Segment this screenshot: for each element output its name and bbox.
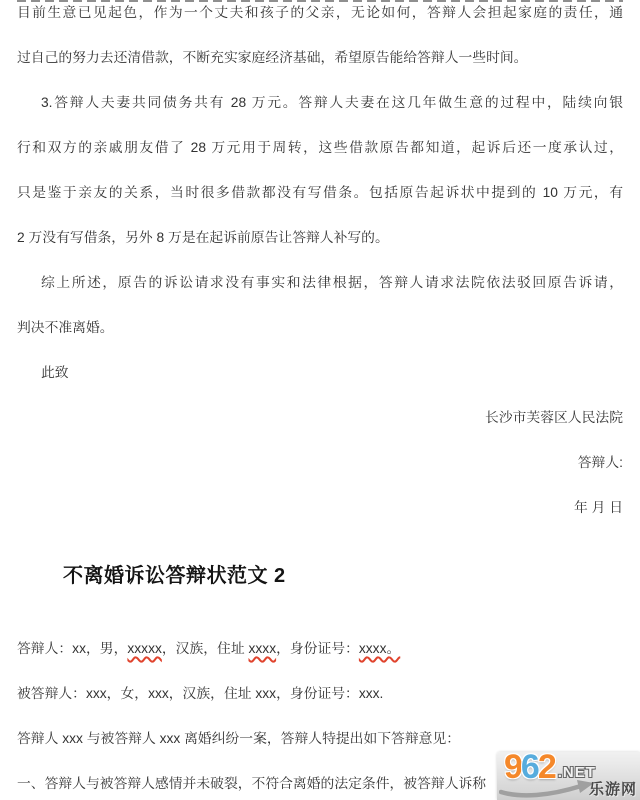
text-segment: 被答辩人：xxx，女，xxx，汉族，住址 xxx，身份证号：xxx. <box>17 686 383 701</box>
962net-watermark: 962 .NET 乐游网 <box>497 752 640 800</box>
respondent-info-line: 答辩人：xx，男，xxxxx，汉族，住址 xxxx，身份证号：xxxx。 <box>17 626 623 671</box>
text-segment: 不离婚诉讼答辩状范文 2 <box>63 565 286 587</box>
text-segment: ，汉族，住址 <box>162 641 249 656</box>
document-line: 2 万没有写借条，另外 8 万是在起诉前原告让答辩人补写的。 <box>17 215 623 260</box>
text-segment: 行和双方的亲戚朋友借了 28 万元用于周转，这些借款原告都知道，起诉后还一度承认… <box>17 140 623 155</box>
text-segment: 2 万没有写借条，另外 8 万是在起诉前原告让答辩人补写的。 <box>17 230 389 245</box>
site-name-text: 乐游网 <box>589 778 637 799</box>
spellcheck-flagged-text: xxxx <box>249 641 277 656</box>
text-segment: 年 月 日 <box>574 500 623 515</box>
document-body: 目前生意已见起色，作为一个丈夫和孩子的父亲，无论如何，答辩人会担起家庭的责任，通… <box>17 0 623 800</box>
text-segment: 答辩人: <box>578 455 623 470</box>
text-segment: 答辩人：xx，男， <box>17 641 127 656</box>
document-heading: 不离婚诉讼答辩状范文 2 <box>17 554 623 599</box>
text-segment: 答辩人 xxx 与被答辩人 xxx 离婚纠纷一案，答辩人特提出如下答辩意见： <box>17 731 460 746</box>
document-line: 判决不准离婚。 <box>17 305 623 350</box>
text-segment: 判决不准离婚。 <box>17 320 114 335</box>
document-page: 目前生意已见起色，作为一个丈夫和孩子的父亲，无论如何，答辩人会担起家庭的责任，通… <box>0 0 640 800</box>
document-line: 只是鉴于亲友的关系，当时很多借款都没有写借条。包括原告起诉状中提到的 10 万元… <box>17 170 623 215</box>
text-segment: ，身份证号： <box>276 641 359 656</box>
text-segment: 3.答辩人夫妻共同债务共有 28 万元。答辩人夫妻在这几年做生意的过程中，陆续向… <box>41 95 623 110</box>
text-segment: 只是鉴于亲友的关系，当时很多借款都没有写借条。包括原告起诉状中提到的 10 万元… <box>17 185 623 200</box>
court-name-line: 长沙市芙蓉区人民法院 <box>17 395 623 440</box>
spellcheck-flagged-text: xxxxx <box>127 641 162 656</box>
text-segment: 目前生意已见起色，作为一个丈夫和孩子的父亲，无论如何，答辩人会担起家庭的责任，通 <box>17 5 623 20</box>
counter-respondent-info-line: 被答辩人：xxx，女，xxx，汉族，住址 xxx，身份证号：xxx. <box>17 671 623 716</box>
date-line: 年 月 日 <box>17 485 623 530</box>
document-line: 过自己的努力去还清借款，不断充实家庭经济基础，希望原告能给答辩人一些时间。 <box>17 35 623 80</box>
document-line: 综上所述，原告的诉讼请求没有事实和法律根据，答辩人请求法院依法驳回原告诉请， <box>17 260 623 305</box>
swoosh-arrow-icon <box>499 779 597 799</box>
salutation-line: 此致 <box>17 350 623 395</box>
respondent-signature-line: 答辩人: <box>17 440 623 485</box>
spellcheck-flagged-text: xxxx。 <box>359 641 400 656</box>
document-line: 3.答辩人夫妻共同债务共有 28 万元。答辩人夫妻在这几年做生意的过程中，陆续向… <box>17 80 623 125</box>
text-segment: 综上所述，原告的诉讼请求没有事实和法律根据，答辩人请求法院依法驳回原告诉请， <box>41 275 623 290</box>
document-line: 行和双方的亲戚朋友借了 28 万元用于周转，这些借款原告都知道，起诉后还一度承认… <box>17 125 623 170</box>
text-segment: 此致 <box>41 365 69 380</box>
document-line: 目前生意已见起色，作为一个丈夫和孩子的父亲，无论如何，答辩人会担起家庭的责任，通 <box>17 0 623 35</box>
text-segment: 一、答辩人与被答辩人感情并未破裂，不符合离婚的法定条件，被答辩人诉称 <box>17 776 486 791</box>
text-segment: 过自己的努力去还清借款，不断充实家庭经济基础，希望原告能给答辩人一些时间。 <box>17 50 527 65</box>
text-segment: 长沙市芙蓉区人民法院 <box>485 410 623 425</box>
